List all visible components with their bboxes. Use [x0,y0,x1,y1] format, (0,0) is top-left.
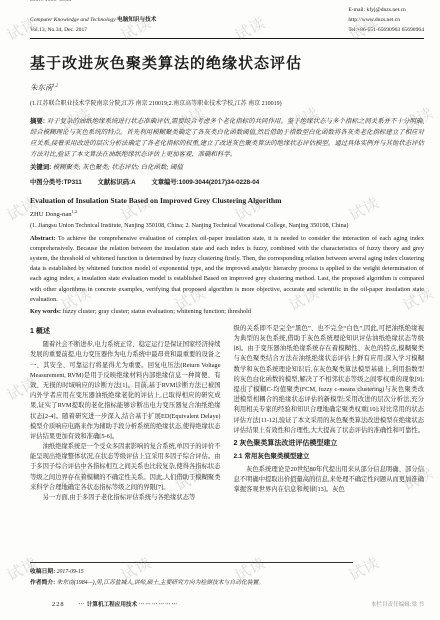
article-title-cn: 基于改进灰色聚类算法的绝缘状态评估 [30,52,424,73]
journal-website: http://www.dnzs.net.cn [348,16,424,26]
right-column: 级的关系即不是完全“黑色”、也不完全“白色”,因此,可把油纸绝缘视为典型的灰色系… [234,324,425,503]
abstract-label-en: Abstract: [30,235,56,242]
classification-row: 中图分类号:TP311 文献标识码:A 文章编号:1009-3044(2017)… [30,177,424,186]
keywords-text-en: fuzzy cluster; gray cluster; status eval… [63,308,252,315]
issn-text: ISSN 1009-3044 [30,0,71,3]
abstract-cn: 摘要: 对于复杂的油纸绝缘系统进行状态准确评估,需要综合考虑多个老化指标的共同作… [30,116,424,160]
abstract-text-en: To achieve the comprehensive evaluation … [30,235,424,303]
journal-name-line: Computer Knowledge and Technology 电脑知识与技… [30,16,156,26]
clc-number: 中图分类号:TP311 [30,179,82,186]
author-name-cn: 朱东南 [30,83,53,92]
footer-dots-left: ⋯ [79,602,86,608]
affiliation-en: (1. Jiangsu Union Technical Institute, N… [30,222,424,229]
received-date-value: 2017-09-15 [57,569,84,575]
author-line: 朱东南1,2 [30,82,424,93]
author-superscript-en: 1,2 [72,209,78,214]
journal-header: Computer Knowledge and Technology 电脑知识与技… [30,5,424,39]
journal-volume-line: Vol.13, No.34, Dec. 2017 [30,26,156,36]
section-heading-1: 1 概述 [30,326,221,337]
section-heading-2: 2 灰色聚类算法改进评估模型建立 [234,438,425,449]
keywords-label-en: Key words: [30,308,61,315]
right-paragraph-2: 灰色系统理论是20世纪80年代提出用来从部分信息明确、部分信息不明确中提取出价值… [234,465,425,496]
section-heading-2-1: 2.1 常用灰色聚类模型建立 [234,452,425,463]
received-date-line: 收稿日期: 2017-09-15 [30,567,424,577]
article-id: 文章编号:1009-3044(2017)34-0228-04 [151,179,259,186]
journal-name-en: Computer Knowledge and Technology [30,17,116,23]
keywords-label-cn: 关键词: [30,164,51,171]
page-content: ISSN 1009-3044 Computer Knowledge and Te… [0,0,440,503]
abstract-text-cn: 对于复杂的油纸绝缘系统进行状态准确评估,需要综合考虑多个老化指标的共同作用。鉴于… [30,118,424,158]
footer-dots-right: ⋯⋯⋯⋯⋯⋯ [139,602,179,608]
abstract-label-cn: 摘要: [30,118,45,125]
left-paragraph-3: 另一方面,由于多因子老化指标评估系统与各绝缘状态等 [30,493,221,503]
left-column: 1 概述 随着社会不断进步,电力系统正常、稳定运行是保证国家经济持续发展的重要前… [30,324,221,503]
footer-section-label: 计算机工程应用技术 [87,602,137,608]
affiliation-cn: (1.江苏联合职业技术学院南京分院,江苏 南京 210019;2.南京高等职业技… [30,98,424,107]
author-line-en: ZHU Dong-nan1,2 [30,209,424,218]
article-title-en: Evaluation of Insulation State Based on … [30,196,424,205]
editor-note: 本栏目责任编辑:梁 书 [371,600,424,608]
journal-name-cn: 电脑知识与技术 [117,17,156,23]
paper-page: ISSN 1009-3044 Computer Knowledge and Te… [0,0,440,620]
journal-header-right: E-mail: kfyj@dnzs.net.cn http://www.dnzs… [348,6,424,35]
document-code: 文献标识码:A [98,179,136,186]
footnote-rule [30,562,353,563]
journal-email: E-mail: kfyj@dnzs.net.cn [348,6,424,16]
author-name-en: ZHU Dong-nan [30,212,72,219]
keywords-text-cn: 模糊聚类; 灰色聚类; 状态评估; 白化函数; 阈值 [53,164,183,171]
author-bio-line: 作者简介: 朱东南(1984—),男,江苏盐城人,讲师,硕士,主要研究方向为检测… [30,578,424,588]
footnote-block: 收稿日期: 2017-09-15 作者简介: 朱东南(1984—),男,江苏盐城… [30,562,424,588]
left-paragraph-1: 随着社会不断进步,电力系统正常、稳定运行是保证国家经济持续发展的重要前提,电力变… [30,340,221,442]
author-bio-label: 作者简介: [30,580,55,586]
author-bio-text: 朱东南(1984—),男,江苏盐城人,讲师,硕士,主要研究方向为检测技术与自动化… [57,580,265,586]
left-paragraph-2: 油纸绝缘系统是一个受众多因素影响的复合系统,单因子的评价不能呈现出绝缘整体状况,… [30,442,221,493]
page-footer: 228 ⋯ 计算机工程应用技术 ⋯⋯⋯⋯⋯⋯ 本栏目责任编辑:梁 书 [30,600,424,608]
journal-header-left: Computer Knowledge and Technology 电脑知识与技… [30,16,156,36]
right-paragraph-1: 级的关系即不是完全“黑色”、也不完全“白色”,因此,可把油纸绝缘视为典型的灰色系… [234,324,425,436]
received-date-label: 收稿日期: [30,569,55,575]
keywords-cn: 关键词: 模糊聚类; 灰色聚类; 状态评估; 白化函数; 阈值 [30,162,424,171]
author-superscript: 1,2 [53,83,59,88]
journal-tel: Tel:+86-551-65690963 65690964 [348,26,424,36]
abstract-en: Abstract: To achieve the comprehensive e… [30,234,424,305]
footer-section: ⋯ 计算机工程应用技术 ⋯⋯⋯⋯⋯⋯ [79,600,179,608]
keywords-en: Key words: fuzzy cluster; gray cluster; … [30,308,424,315]
body-columns: 1 概述 随着社会不断进步,电力系统正常、稳定运行是保证国家经济持续发展的重要前… [30,324,424,503]
page-number: 228 [52,601,65,608]
